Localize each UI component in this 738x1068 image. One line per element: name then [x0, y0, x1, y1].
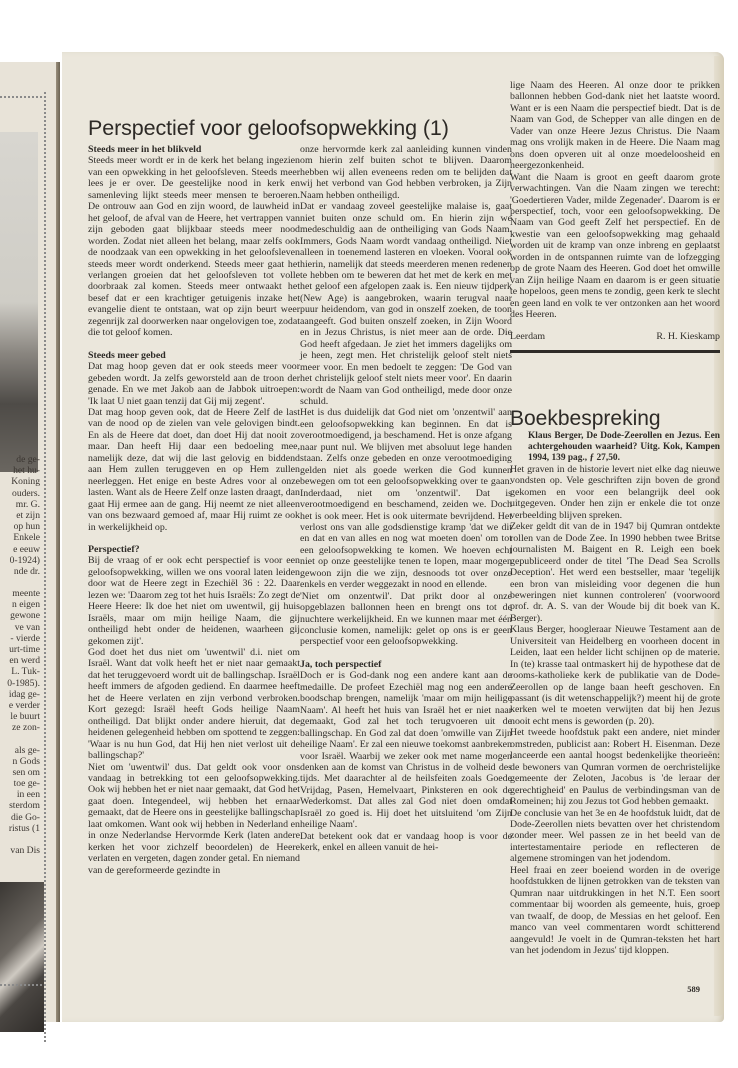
fragment-line: in een: [0, 789, 40, 800]
paragraph: Dat er vandaag zoveel geestelijke malais…: [300, 201, 512, 407]
fragment-line: 0-1985).: [0, 678, 40, 689]
paragraph: Doch er is God-dank nog een andere kant …: [300, 670, 512, 830]
paragraph: Want die Naam is groot en geeft daarom g…: [510, 172, 720, 321]
paragraph: Het is dus duidelijk dat God niet om 'on…: [300, 407, 512, 590]
fragment-line: en werd: [0, 655, 40, 666]
church-photo-top: [0, 132, 38, 472]
paragraph: Bij de vraag of er ook echt perspectief …: [88, 555, 300, 647]
fragment-line: Koning: [0, 476, 40, 487]
fragment-line: e verder: [0, 700, 40, 711]
fragment-line: ze zon-: [0, 722, 40, 733]
fragment-line: mr. G.: [0, 499, 40, 510]
review-paragraph: Het graven in de historie levert niet el…: [510, 464, 720, 521]
fragment-line: n Gods: [0, 756, 40, 767]
review-paragraph: Heel fraai en zeer boeiend worden in de …: [510, 865, 720, 957]
subheading: Steeds meer in het blikveld: [88, 144, 300, 155]
wavy-border-bottom: [0, 984, 42, 986]
section-divider: [510, 350, 720, 353]
article-title: Perspectief voor geloofsopwekking (1): [88, 116, 449, 141]
paragraph: onze hervormde kerk zal aanleiding kunne…: [300, 144, 512, 201]
fragment-line: n eigen: [0, 599, 40, 610]
magazine-page: Perspectief voor geloofsopwekking (1) St…: [62, 52, 724, 1022]
fragment-line: het hu-: [0, 465, 40, 476]
review-title: Boekbespreking: [510, 407, 720, 431]
signature-place: Leerdam: [510, 331, 545, 342]
paragraph: God doet het dus niet om 'uwentwil' d.i.…: [88, 647, 300, 762]
fragment-line: L. Tuk-: [0, 666, 40, 677]
page-number: 589: [687, 984, 700, 994]
fragment-line: als ge-: [0, 745, 40, 756]
fragment-line: nde dr.: [0, 566, 40, 577]
fragment-line: toe ge-: [0, 778, 40, 789]
article-column-2: onze hervormde kerk zal aanleiding kunne…: [300, 144, 512, 854]
fragment-line: et zijn: [0, 510, 40, 521]
article-column-3: lige Naam des Heeren. Al onze door te pr…: [510, 80, 720, 956]
fragment-line: sen om: [0, 767, 40, 778]
left-page-fragment: de ge- het hu- Koning ouders. mr. G. et …: [0, 62, 60, 1022]
review-paragraph: Zeker geldt dit van de in 1947 bij Qumra…: [510, 521, 720, 624]
fragment-line: meente: [0, 588, 40, 599]
article-signature: Leerdam R. H. Kieskamp: [510, 331, 720, 342]
fragment-line: - vierde: [0, 633, 40, 644]
subheading: Steeds meer gebed: [88, 350, 300, 361]
page-gutter: [56, 62, 60, 1022]
fragment-line: sterdom: [0, 800, 40, 811]
fragment-line: ve van: [0, 622, 40, 633]
paragraph: Dat mag hoop geven ook, dat de Heere Zel…: [88, 407, 300, 533]
subheading: Perspectief?: [88, 544, 300, 555]
fragment-line: 0-1924): [0, 555, 40, 566]
fragment-line: de ge-: [0, 454, 40, 465]
fragment-line: urt-time: [0, 644, 40, 655]
subheading: Ja, toch perspectief: [300, 659, 512, 670]
review-paragraph: De conclusie van het 3e en 4e hoofdstuk …: [510, 808, 720, 865]
fragment-line: e eeuw: [0, 544, 40, 555]
church-interior-photo: [0, 882, 44, 1032]
fragment-line: idag ge-: [0, 689, 40, 700]
article-column-1: Steeds meer in het blikveld Steeds meer …: [88, 144, 300, 876]
review-paragraph: Het tweede hoofdstuk pakt een andere, ni…: [510, 727, 720, 807]
fragment-line: le buurt: [0, 711, 40, 722]
fragment-line: op hun: [0, 521, 40, 532]
paragraph: lige Naam des Heeren. Al onze door te pr…: [510, 80, 720, 172]
paragraph: Dat mag hoop geven dat er ook steeds mee…: [88, 361, 300, 407]
fragment-line: Enkele: [0, 532, 40, 543]
fragment-line: gewone: [0, 610, 40, 621]
review-paragraph: Klaus Berger, hoogleraar Nieuwe Testamen…: [510, 624, 720, 727]
book-reference: Klaus Berger, De Dode-Zeerollen en Jezus…: [510, 431, 720, 464]
left-page-text: de ge- het hu- Koning ouders. mr. G. et …: [0, 454, 40, 856]
fragment-signature: van Dis: [0, 845, 40, 856]
fragment-line: die Go-: [0, 812, 40, 823]
signature-author: R. H. Kieskamp: [656, 331, 720, 342]
paragraph: Niet om 'uwentwil' dus. Dat geldt ook vo…: [88, 762, 300, 877]
paragraph: Steeds meer wordt er in de kerk het bela…: [88, 155, 300, 338]
paragraph: Dat betekent ook dat er vandaag hoop is …: [300, 831, 512, 854]
fragment-line: ristus (1: [0, 823, 40, 834]
fragment-line: ouders.: [0, 488, 40, 499]
paragraph: 'Niet om onzentwil'. Dat prikt door al o…: [300, 591, 512, 648]
